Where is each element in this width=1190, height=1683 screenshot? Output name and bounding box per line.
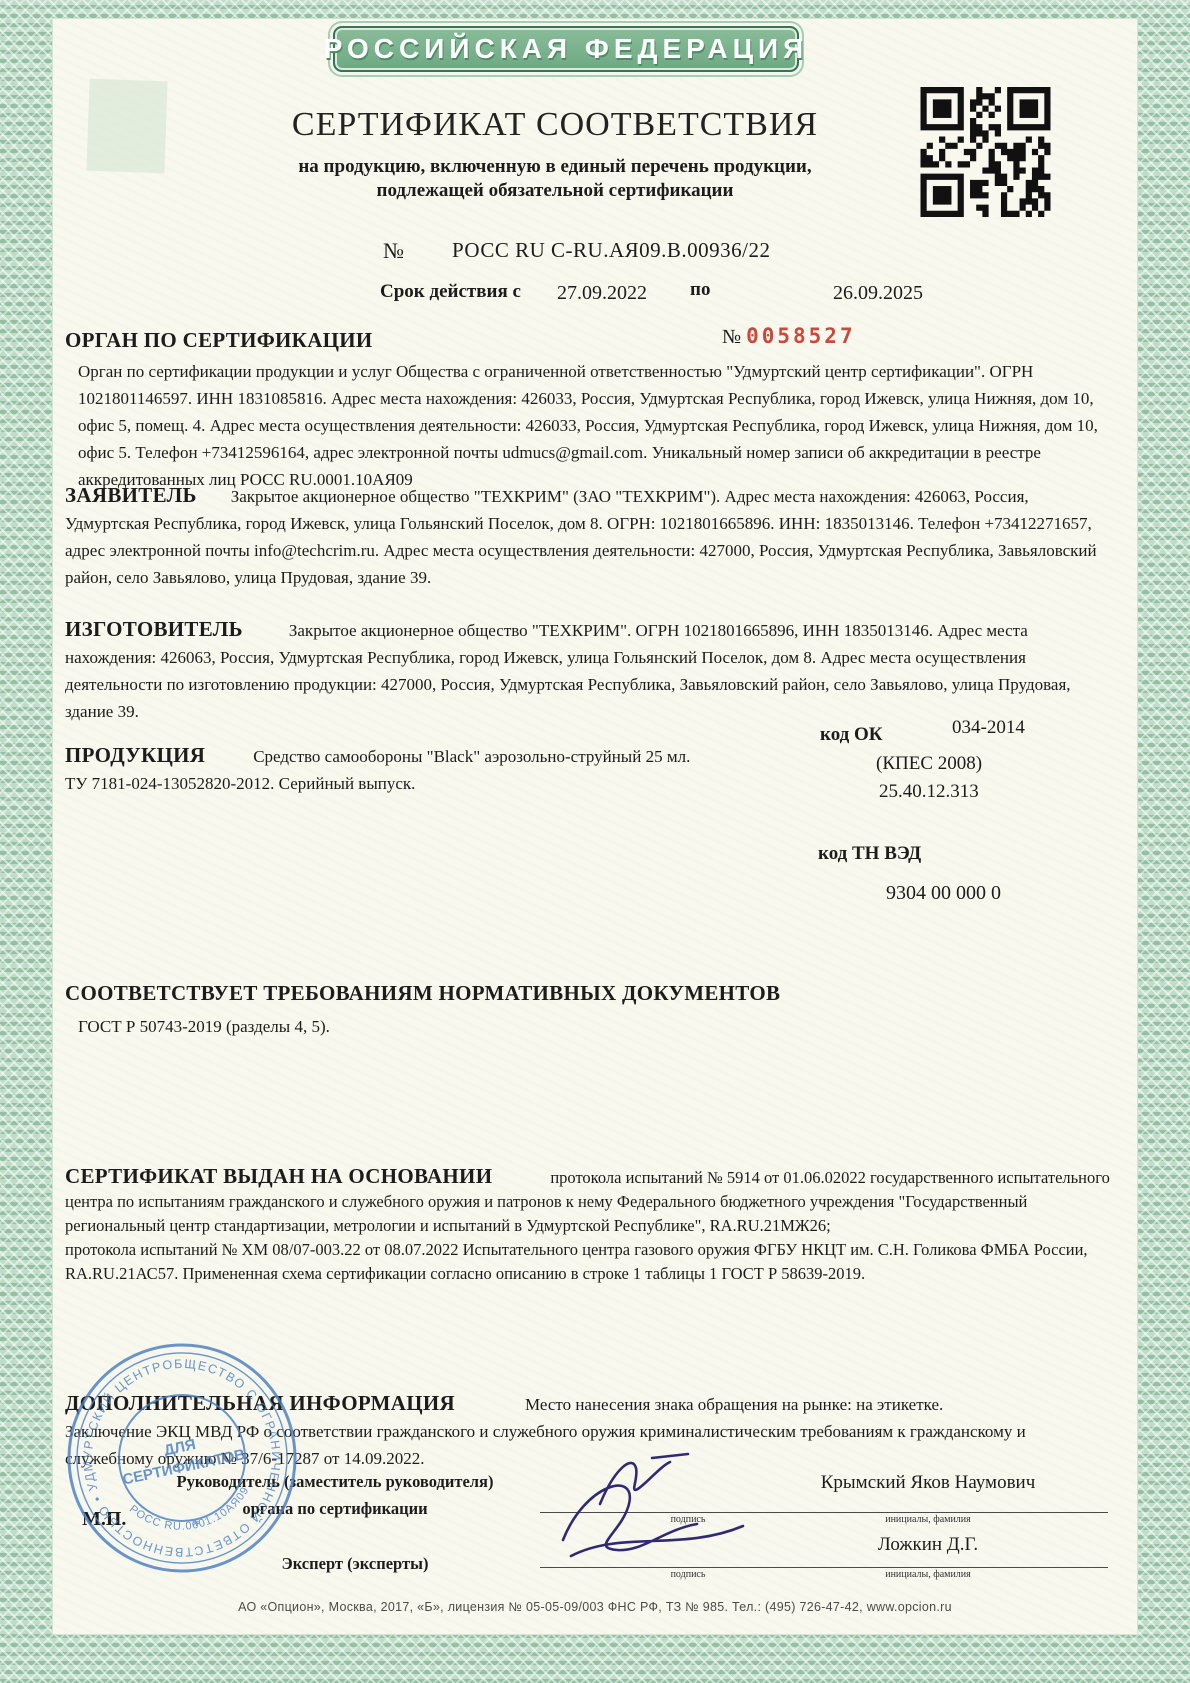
product-section: ПРОДУКЦИЯСредство самообороны "Black" аэ… <box>65 742 845 797</box>
org-section-text: Орган по сертификации продукции и услуг … <box>78 358 1120 493</box>
manufacturer-section: ИЗГОТОВИТЕЛЬЗакрытое акционерное обществ… <box>65 616 1115 725</box>
expert-name: Ложкин Д.Г. <box>748 1534 1108 1556</box>
printer-footer: АО «Опцион», Москва, 2017, «Б», лицензия… <box>130 1600 1060 1614</box>
blank-serial-digits: 0058527 <box>746 324 856 348</box>
validity-label: Срок действия с <box>380 281 521 303</box>
code-ok-value: 034-2014 <box>952 717 1025 739</box>
basis-section: СЕРТИФИКАТ ВЫДАН НА ОСНОВАНИИпротокола и… <box>65 1164 1117 1286</box>
tnved-value: 9304 00 000 0 <box>886 882 1001 905</box>
validity-to-label: по <box>690 279 710 301</box>
federation-banner-text: РОССИЙСКАЯ ФЕДЕРАЦИЯ <box>324 33 809 65</box>
subtitle-line-1: на продукцию, включенную в единый перече… <box>170 155 940 179</box>
applicant-heading: ЗАЯВИТЕЛЬ <box>65 483 197 507</box>
validity-from-date: 27.09.2022 <box>557 282 647 305</box>
blank-serial-number: № 0058527 <box>722 324 856 349</box>
expert-signature <box>545 1468 780 1570</box>
basis-text-2: протокола испытаний № ХМ 08/07-003.22 от… <box>65 1238 1117 1286</box>
head-name-line: инициалы, фамилия <box>748 1512 1108 1525</box>
certificate-title: СЕРТИФИКАТ СООТВЕТСТВИЯ <box>170 106 940 144</box>
certificate-subtitle: на продукцию, включенную в единый перече… <box>170 155 940 203</box>
watermark-square <box>86 79 167 174</box>
conformity-heading: СООТВЕТСТВУЕТ ТРЕБОВАНИЯМ НОРМАТИВНЫХ ДО… <box>65 981 780 1006</box>
okpd2-value: 25.40.12.313 <box>879 781 979 803</box>
conformity-text: ГОСТ Р 50743-2019 (разделы 4, 5). <box>78 1013 1118 1040</box>
product-name: Средство самообороны "Black" аэрозольно-… <box>253 747 690 766</box>
subtitle-line-2: подлежащей обязательной сертификации <box>170 179 940 203</box>
expert-name-line: инициалы, фамилия <box>748 1567 1108 1580</box>
product-heading: ПРОДУКЦИЯ <box>65 743 205 767</box>
certification-stamp: ОБЩЕСТВО С ОГРАНИЧЕННОЙ ОТВЕТСТВЕННОСТЬЮ… <box>37 1313 326 1602</box>
additional-lead: Место нанесения знака обращения на рынке… <box>525 1395 943 1414</box>
applicant-text: Закрытое акционерное общество "ТЕХКРИМ" … <box>65 487 1097 587</box>
applicant-section: ЗАЯВИТЕЛЬЗакрытое акционерное общество "… <box>65 482 1115 591</box>
head-name: Крымский Яков Наумович <box>748 1472 1108 1494</box>
tnved-label: код ТН ВЭД <box>818 843 921 865</box>
certificate-number-label: № <box>383 238 404 264</box>
validity-to-date: 26.09.2025 <box>833 282 923 305</box>
federation-banner: РОССИЙСКАЯ ФЕДЕРАЦИЯ <box>333 26 799 72</box>
blank-serial-label: № <box>722 326 741 348</box>
kpes-value: (КПЕС 2008) <box>876 753 982 775</box>
basis-heading: СЕРТИФИКАТ ВЫДАН НА ОСНОВАНИИ <box>65 1164 492 1188</box>
org-section-heading: ОРГАН ПО СЕРТИФИКАЦИИ <box>65 328 373 353</box>
certificate-number: РОСС RU C-RU.АЯ09.В.00936/22 <box>452 238 770 263</box>
manufacturer-heading: ИЗГОТОВИТЕЛЬ <box>65 617 243 641</box>
product-tu: ТУ 7181-024-13052820-2012. Серийный выпу… <box>65 770 845 797</box>
certificate-page: РОССИЙСКАЯ ФЕДЕРАЦИЯ СЕРТИФИКАТ СООТВЕТС… <box>0 0 1190 1683</box>
